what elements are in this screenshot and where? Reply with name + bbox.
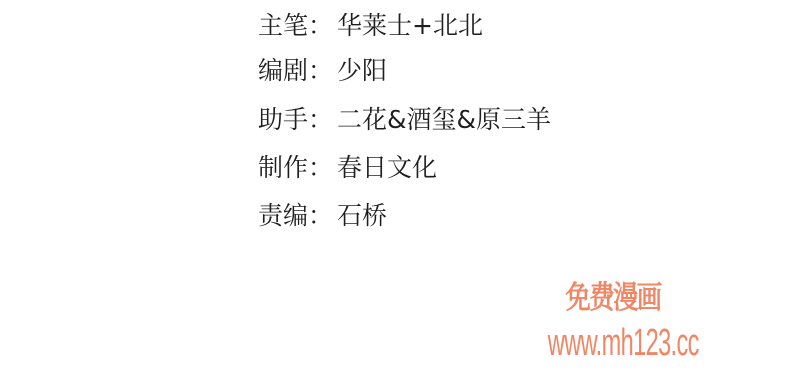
credit-label: 编剧 <box>258 51 308 87</box>
credit-label: 责编 <box>258 196 308 232</box>
comic-credits-page: 主笔：华莱士+北北 编剧：少阳 助手：二花&酒玺&原三羊 制作：春日文化 责编：… <box>0 0 800 390</box>
site-watermark: 免费漫画 www.mh123.cc <box>546 278 686 368</box>
credit-separator: ： <box>308 6 333 42</box>
credit-separator: ： <box>308 51 333 87</box>
credit-row-lead-artist: 主笔：华莱士+北北 <box>258 4 551 44</box>
watermark-url: www.mh123.cc <box>548 318 684 368</box>
credits-list: 主笔：华莱士+北北 编剧：少阳 助手：二花&酒玺&原三羊 制作：春日文化 责编：… <box>258 4 551 238</box>
credit-row-production: 制作：春日文化 <box>258 142 551 190</box>
credit-separator: ： <box>308 100 333 136</box>
credit-separator: ： <box>308 148 333 184</box>
credit-row-writer: 编剧：少阳 <box>258 44 551 94</box>
credit-value: 华莱士+北北 <box>337 6 483 42</box>
credit-label: 制作 <box>258 148 308 184</box>
credit-value: 二花&酒玺&原三羊 <box>337 100 551 136</box>
watermark-title: 免费漫画 <box>553 278 673 318</box>
credit-row-assistants: 助手：二花&酒玺&原三羊 <box>258 94 551 142</box>
credit-label: 助手 <box>258 100 308 136</box>
credit-value: 石桥 <box>337 196 387 232</box>
credit-separator: ： <box>308 196 333 232</box>
credit-row-editor: 责编：石桥 <box>258 190 551 238</box>
credit-label: 主笔 <box>258 6 308 42</box>
credit-value: 少阳 <box>337 51 387 87</box>
credit-value: 春日文化 <box>337 148 437 184</box>
